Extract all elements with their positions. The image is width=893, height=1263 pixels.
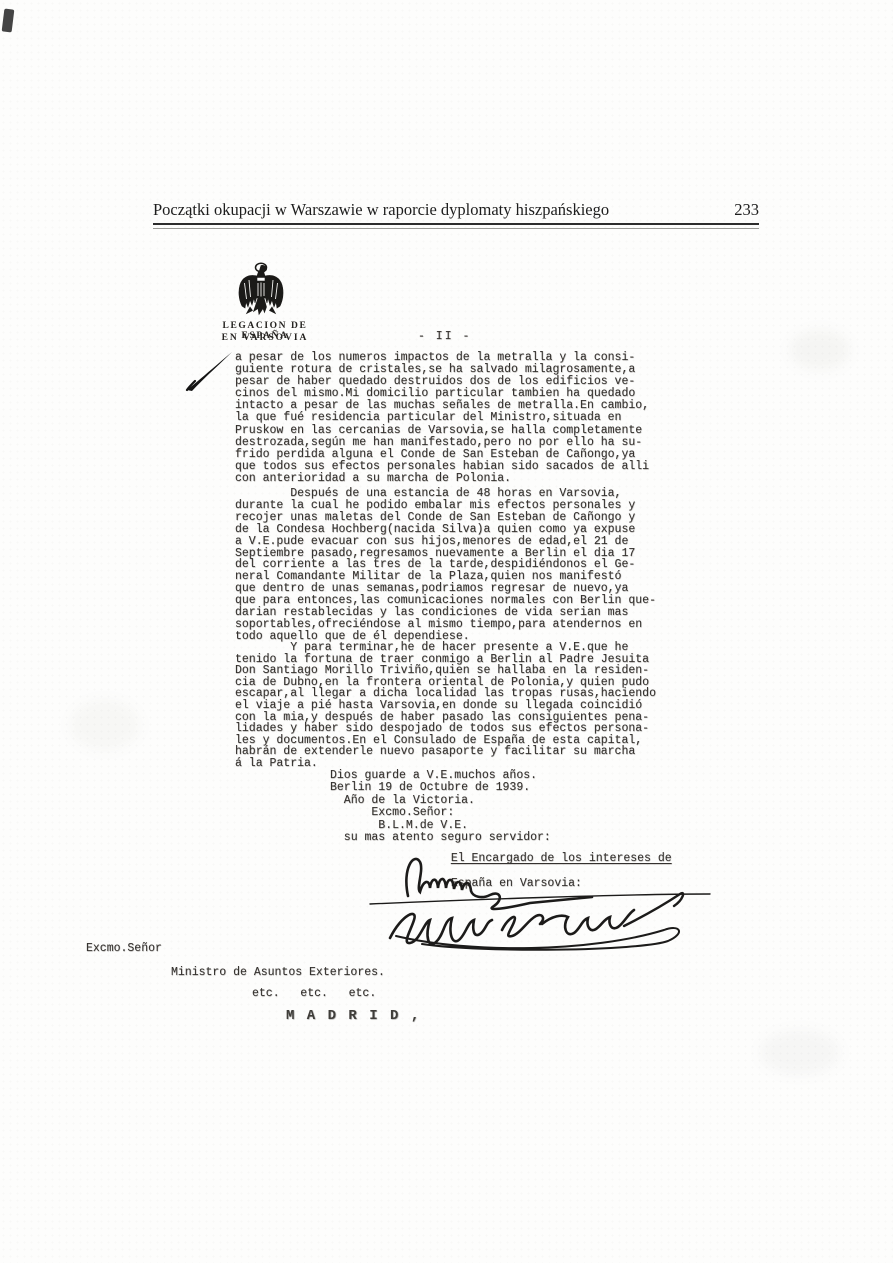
book-page-header: Początki okupacji w Warszawie w raporcie… [153, 200, 759, 220]
page-title: Początki okupacji w Warszawie w raporcie… [153, 200, 609, 220]
letter-paragraph-1: a pesar de los numeros impactos de la me… [235, 352, 649, 485]
scan-smudge [790, 330, 850, 370]
handwritten-signature [362, 850, 722, 952]
letterhead-org-line2: EN VARSOVIA [202, 333, 328, 343]
scanned-book-page: { "book_page": { "header": { "title": "P… [0, 0, 893, 1263]
scan-smudge [760, 1030, 840, 1075]
page-marker: - II - [418, 330, 471, 343]
header-rule [153, 223, 759, 229]
letter-closing-block: Dios guarde a V.E.muchos años. Berlin 19… [330, 770, 551, 844]
address-recipient: Excmo.Señor [86, 942, 162, 955]
scan-artifact-corner [2, 8, 15, 32]
scan-smudge [70, 700, 140, 750]
eagle-emblem-icon [236, 261, 286, 319]
address-office: Ministro de Asuntos Exteriores. [171, 966, 385, 979]
page-number: 233 [734, 200, 759, 220]
letter-paragraph-3: Y para terminar,he de hacer presente a V… [235, 642, 656, 770]
address-city: M A D R I D , [286, 1008, 421, 1024]
letter-paragraph-2: Después de una estancia de 48 horas en V… [235, 488, 656, 643]
address-etc: etc. etc. etc. [252, 987, 376, 1000]
ink-stroke-mark [184, 350, 236, 392]
